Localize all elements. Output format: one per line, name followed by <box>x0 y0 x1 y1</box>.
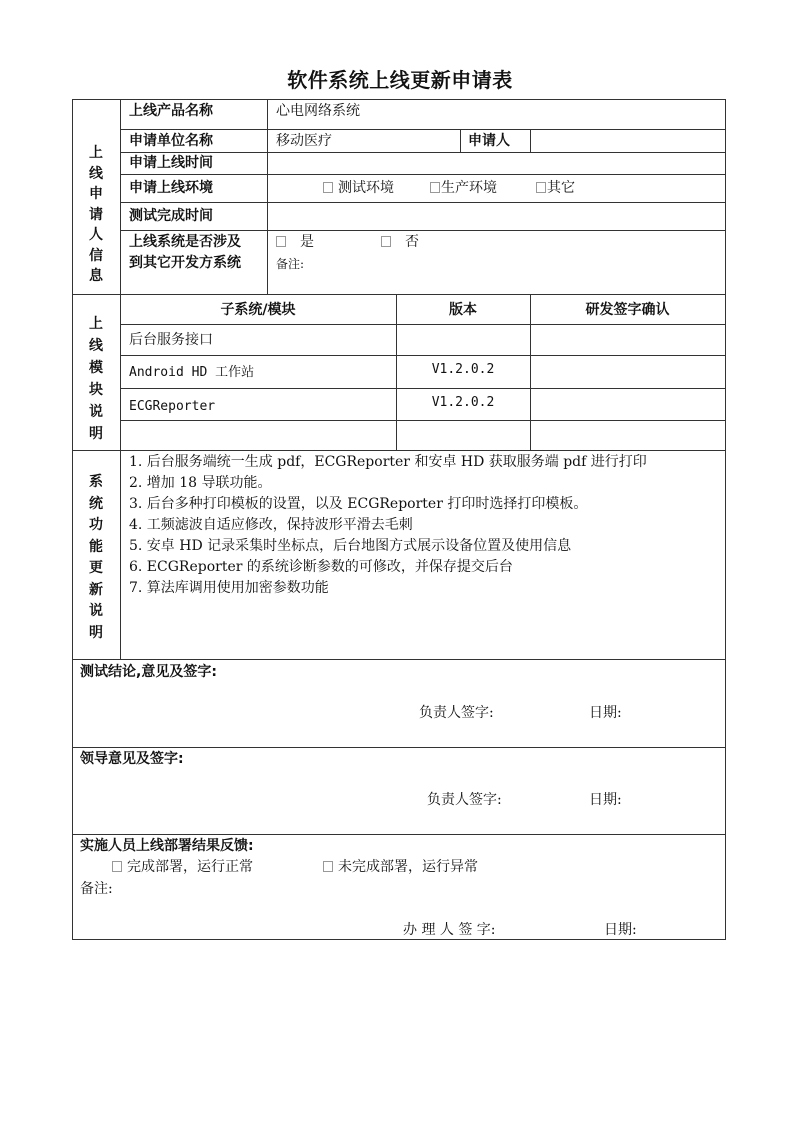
launch-time-label: 申请上线时间 <box>129 154 213 172</box>
other-dev-option-no[interactable]: 否 <box>381 233 419 251</box>
feature-item-5: 5. 安卓 HD 记录采集时坐标点，后台地图方式展示设备位置及使用信息 <box>129 536 571 557</box>
test-done-field[interactable] <box>276 207 716 225</box>
section-line <box>72 294 726 295</box>
module-row-2-version: V1.2.0.2 <box>396 361 530 379</box>
launch-time-field[interactable] <box>276 154 716 172</box>
feature-item-7: 7. 算法库调用使用加密参数功能 <box>129 578 329 599</box>
header-version: 版本 <box>396 301 530 319</box>
border-right <box>725 99 726 940</box>
deploy-option-failure[interactable]: 未完成部署，运行异常 <box>323 858 478 876</box>
feature-item-2: 2. 增加 18 导联功能。 <box>129 473 272 494</box>
unit-name-label: 申请单位名称 <box>129 132 213 150</box>
deploy-option-success[interactable]: 完成部署，运行正常 <box>112 858 253 876</box>
other-dev-option-yes[interactable]: 是 <box>276 233 314 251</box>
header-module: 子系统/模块 <box>120 301 396 319</box>
border-top <box>72 99 726 100</box>
row-line <box>120 152 725 153</box>
other-dev-label-line1: 上线系统是否涉及 <box>129 233 241 251</box>
section-line <box>72 450 726 451</box>
env-option-production[interactable]: 生产环境 <box>430 179 497 197</box>
test-signer-label: 负责人签字: <box>419 704 494 722</box>
checkbox-icon[interactable] <box>112 861 122 872</box>
feature-item-4: 4. 工频滤波自适应修改，保持波形平滑去毛刺 <box>129 515 413 536</box>
feature-side-label: 系 统 功 能 更 新 说 明 <box>72 472 120 644</box>
document-title: 软件系统上线更新申请表 <box>0 64 800 93</box>
product-name-label: 上线产品名称 <box>129 102 213 120</box>
cell-divider <box>460 129 461 152</box>
border-bottom <box>72 939 726 940</box>
section-line <box>72 834 726 835</box>
checkbox-icon[interactable] <box>323 182 333 193</box>
deploy-remark-label: 备注: <box>80 880 113 898</box>
leader-date-label: 日期: <box>589 791 622 809</box>
handler-signature-label: 办 理 人 签 字: <box>403 921 496 939</box>
unit-name-value[interactable]: 移动医疗 <box>276 132 332 150</box>
applicant-label: 申请人 <box>468 132 510 150</box>
row-line <box>120 129 725 130</box>
module-row-2-name: Android HD 工作站 <box>129 364 254 382</box>
checkbox-icon[interactable] <box>430 182 440 193</box>
test-date-label: 日期: <box>589 704 622 722</box>
checkbox-icon[interactable] <box>381 236 391 247</box>
row-line <box>120 230 725 231</box>
leader-opinion-heading: 领导意见及签字: <box>80 750 184 768</box>
other-dev-remark-label: 备注: <box>276 255 304 273</box>
row-line <box>120 324 725 325</box>
header-signoff: 研发签字确认 <box>530 301 725 319</box>
row-line <box>120 202 725 203</box>
test-done-label: 测试完成时间 <box>129 207 213 225</box>
env-option-test[interactable]: 测试环境 <box>323 179 394 197</box>
env-option-other[interactable]: 其它 <box>536 179 575 197</box>
feature-item-1: 1. 后台服务端统一生成 pdf，ECGReporter 和安卓 HD 获取服务… <box>129 452 647 473</box>
section-line <box>72 747 726 748</box>
product-name-value[interactable]: 心电网络系统 <box>276 102 360 120</box>
environment-label: 申请上线环境 <box>129 179 213 197</box>
applicant-field[interactable] <box>535 132 720 150</box>
leader-signer-label: 负责人签字: <box>427 791 502 809</box>
module-row-1-name: 后台服务接口 <box>129 331 213 349</box>
module-row-3-name: ECGReporter <box>129 398 215 416</box>
module-side-label: 上 线 模 块 说 明 <box>72 313 120 445</box>
row-line <box>120 174 725 175</box>
other-dev-label-line2: 到其它开发方系统 <box>129 254 241 272</box>
checkbox-icon[interactable] <box>276 236 286 247</box>
module-row-3-version: V1.2.0.2 <box>396 394 530 412</box>
deployment-heading: 实施人员上线部署结果反馈: <box>80 837 254 855</box>
cell-divider <box>530 129 531 152</box>
row-line <box>120 355 725 356</box>
section-line <box>72 659 726 660</box>
deploy-date-label: 日期: <box>604 921 637 939</box>
feature-item-3: 3. 后台多种打印模板的设置，以及 ECGReporter 打印时选择打印模板。 <box>129 494 587 515</box>
test-conclusion-heading: 测试结论,意见及签字: <box>80 663 217 681</box>
checkbox-icon[interactable] <box>536 182 546 193</box>
checkbox-icon[interactable] <box>323 861 333 872</box>
feature-item-6: 6. ECGReporter 的系统诊断参数的可修改，并保存提交后台 <box>129 557 513 578</box>
row-line <box>120 420 725 421</box>
applicant-side-label: 上 线 申 请 人 信 息 <box>72 143 120 287</box>
row-line <box>120 388 725 389</box>
side-divider <box>120 99 121 659</box>
